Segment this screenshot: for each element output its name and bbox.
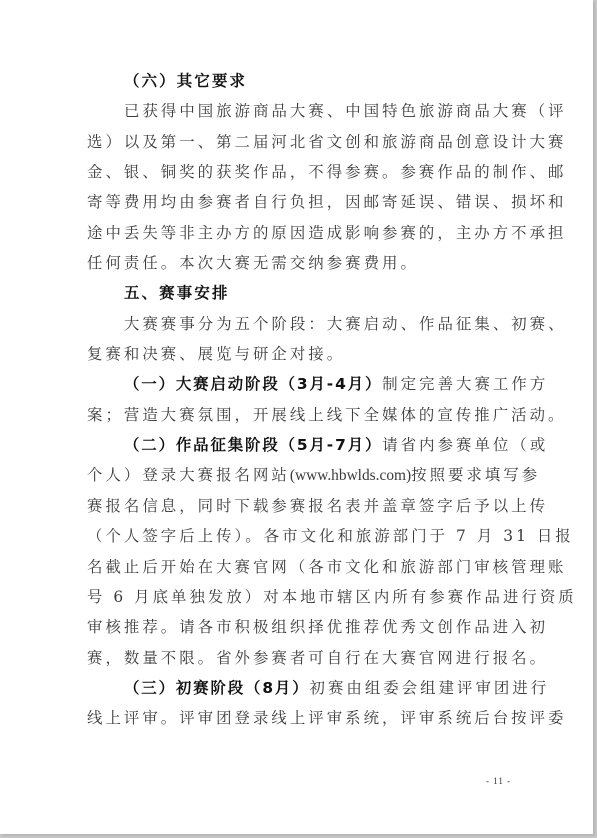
stage-2-title: （二）作品征集阶段（5月-7月）	[124, 436, 382, 454]
paragraph-line: 选）以及第一、第二届河北省文创和旅游商品创意设计大赛	[87, 127, 503, 157]
section-heading-other-requirements: （六）其它要求	[87, 66, 503, 96]
document-page: （六）其它要求 已获得中国旅游商品大赛、中国特色旅游商品大赛（评 选）以及第一、…	[0, 0, 593, 834]
paragraph-line: 任何责任。本次大赛无需交纳参赛费用。	[87, 248, 503, 278]
paragraph-line: 已获得中国旅游商品大赛、中国特色旅游商品大赛（评	[87, 96, 503, 126]
paragraph-line: 赛报名信息，同时下载参赛报名表并盖章签字后予以上传	[87, 491, 503, 521]
paragraph-line: 复赛和决赛、展览与研企对接。	[87, 339, 503, 369]
stage-3-title: （三）初赛阶段（8月）	[124, 679, 310, 697]
stage-2-url-line: 个人）登录大赛报名网站(www.hbwlds.com)按照要求填写参	[87, 460, 503, 490]
registration-url: (www.hbwlds.com)	[290, 467, 411, 484]
stage-3-first-line: （三）初赛阶段（8月）初赛由组委会组建评审团进行	[87, 673, 503, 703]
paragraph-line: 金、银、铜奖的获奖作品，不得参赛。参赛作品的制作、邮	[87, 157, 503, 187]
paragraph-line: 号 6 月底单独发放）对本地市辖区内所有参赛作品进行资质	[87, 582, 503, 612]
paragraph-line: （个人签字后上传）。各市文化和旅游部门于 7 月 31 日报	[87, 521, 503, 551]
paragraph-line: 线上评审。评审团登录线上评审系统，评审系统后台按评委	[87, 703, 503, 733]
paragraph-line: 途中丢失等非主办方的原因造成影响参赛的，主办方不承担	[87, 218, 503, 248]
paragraph-line: 审核推荐。请各市积极组织择优推荐优秀文创作品进入初	[87, 612, 503, 642]
stage-1-text: 制定完善大赛工作方	[382, 375, 548, 393]
stage-2-text: 请省内参赛单位（或	[382, 436, 548, 454]
stage-2-text: 个人）登录大赛报名网站	[87, 466, 290, 484]
stage-1-title: （一）大赛启动阶段（3月-4月）	[124, 375, 382, 393]
stage-2-first-line: （二）作品征集阶段（5月-7月）请省内参赛单位（或	[87, 430, 503, 460]
paragraph-line: 寄等费用均由参赛者自行负担，因邮寄延误、错误、损坏和	[87, 187, 503, 217]
paragraph-line: 大赛赛事分为五个阶段：大赛启动、作品征集、初赛、	[87, 309, 503, 339]
stage-3-text: 初赛由组委会组建评审团进行	[310, 679, 550, 697]
stage-1-first-line: （一）大赛启动阶段（3月-4月）制定完善大赛工作方	[87, 369, 503, 399]
paragraph-line: 案；营造大赛氛围，开展线上线下全媒体的宣传推广活动。	[87, 400, 503, 430]
page-content: （六）其它要求 已获得中国旅游商品大赛、中国特色旅游商品大赛（评 选）以及第一、…	[87, 66, 503, 734]
paragraph-line: 赛，数量不限。省外参赛者可自行在大赛官网进行报名。	[87, 643, 503, 673]
page-number: - 11 -	[486, 776, 511, 786]
paragraph-line: 名截止后开始在大赛官网（各市文化和旅游部门审核管理账	[87, 552, 503, 582]
stage-2-text: 按照要求填写参	[411, 466, 540, 484]
section-heading-schedule: 五、赛事安排	[87, 278, 503, 308]
